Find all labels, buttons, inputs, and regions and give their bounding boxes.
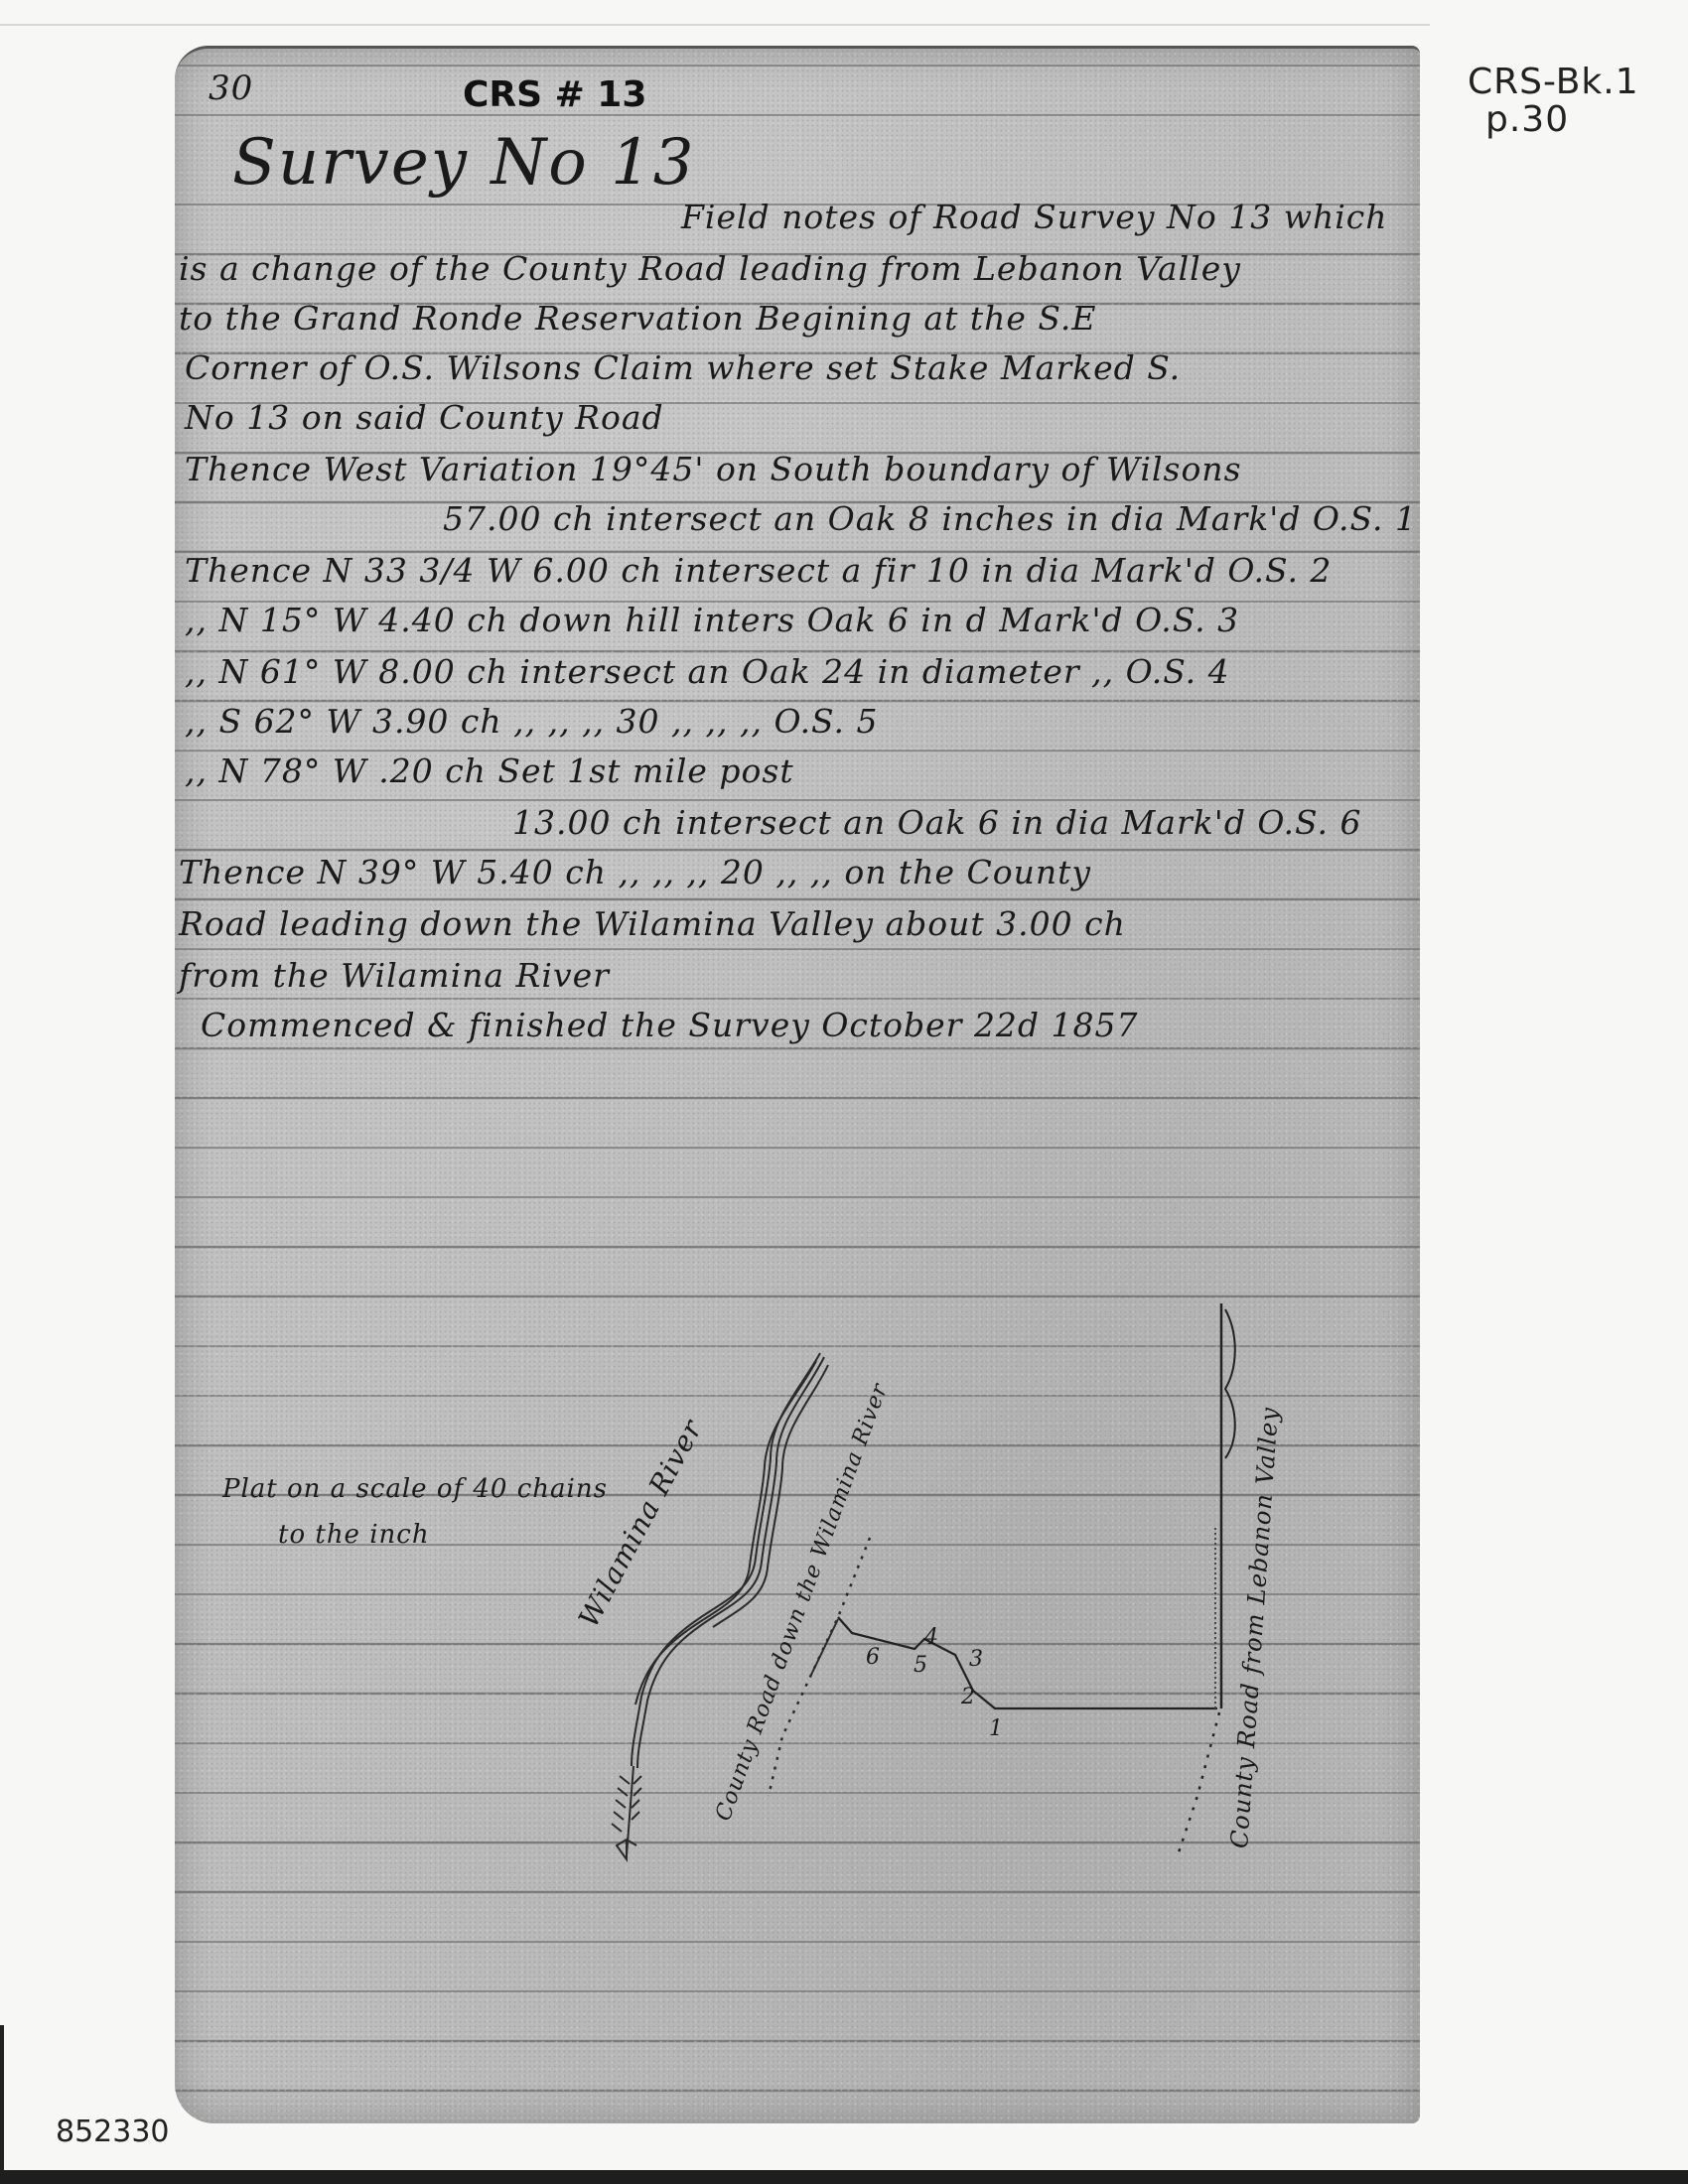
scan-top-edge [0,24,1430,26]
county-road-down-solid [810,1619,838,1677]
lebanon-road-dotted [1178,1712,1219,1855]
station-label-4: 4 [924,1625,939,1650]
book-reference-line2: p.30 [1485,99,1569,140]
station-label-5: 5 [914,1653,928,1678]
station-label-6: 6 [866,1645,881,1670]
river-shape [632,1353,828,1768]
station-label-2: 2 [961,1685,976,1709]
image-number: 852330 [56,2115,170,2149]
book-reference-line1: CRS-Bk.1 [1468,62,1639,102]
scan-bottom-edge [0,2170,1688,2184]
survey-traverse-line [838,1617,1217,1708]
river-arrow-icon [612,1766,641,1859]
scan-left-edge [0,2025,4,2184]
lebanon-road-curve [1225,1309,1235,1458]
ledger-page: 30 CRS # 13 Survey No 13 Field notes of … [175,46,1420,2123]
station-label-1: 1 [989,1716,1004,1741]
station-label-3: 3 [969,1647,984,1672]
